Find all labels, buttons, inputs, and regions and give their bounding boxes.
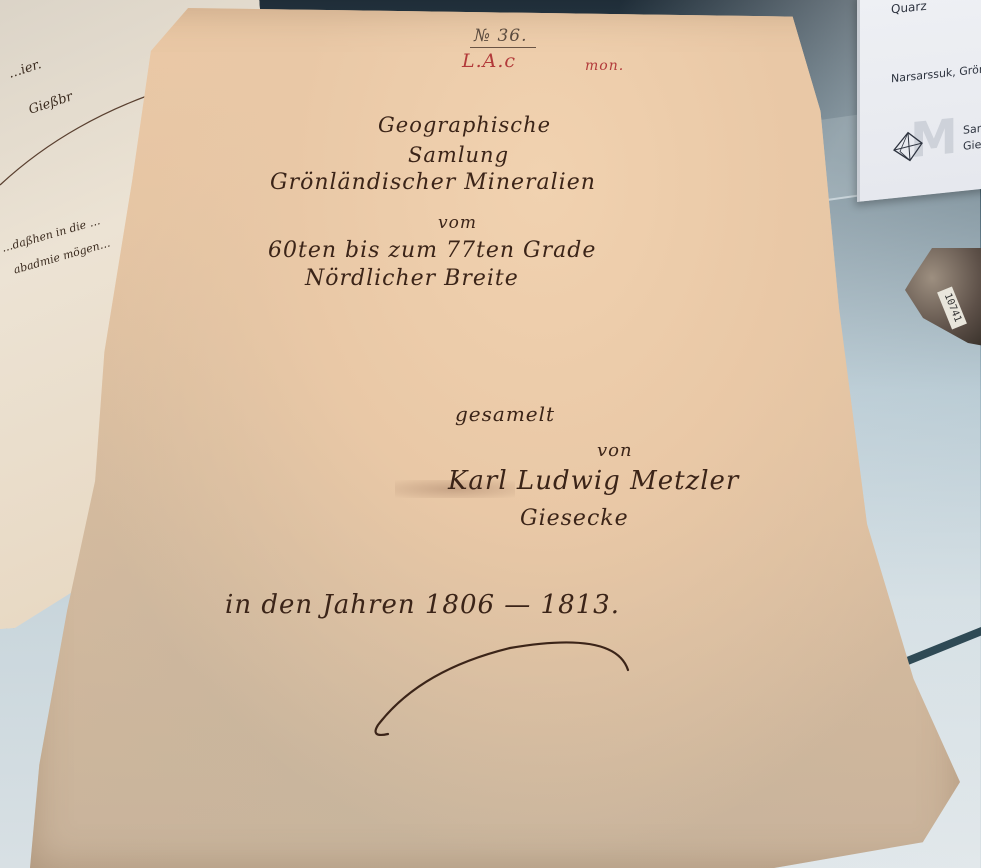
collected-label: gesamelt: [455, 402, 555, 426]
title-line-1: Geographische: [378, 113, 551, 137]
author-name: Karl Ludwig Metzler: [448, 466, 739, 496]
label-locality: Narsarssuk, Grön…: [891, 61, 981, 85]
museum-display-scene: …ier. Gießbr …daßhen in die … abadmie mö…: [0, 0, 981, 868]
catalog-number: № 36.: [470, 26, 536, 48]
title-line-3: Grönländischer Mineralien: [270, 170, 596, 195]
catalog-code-red: L.A.c: [462, 50, 516, 72]
title-line-6: Nördlicher Breite: [305, 266, 519, 291]
label-collection: Sam… Gies…: [963, 119, 981, 155]
by-label: von: [597, 440, 633, 461]
title-line-2: Samlung: [408, 143, 509, 167]
title-line-4: vom: [438, 213, 477, 233]
museum-label: Quarz Narsarssuk, Grön… M Sam… Gies…: [857, 0, 981, 202]
title-line-5: 60ten bis zum 77ten Grade: [268, 238, 596, 263]
ink-flourish: [360, 630, 660, 750]
label-mineral-name: Quarz: [891, 0, 927, 16]
catalog-mon-red: mon.: [585, 58, 624, 74]
collection-years: in den Jahren 1806 — 1813.: [225, 590, 620, 620]
crystal-logo-icon: [892, 129, 924, 164]
author-surname: Giesecke: [520, 506, 629, 531]
